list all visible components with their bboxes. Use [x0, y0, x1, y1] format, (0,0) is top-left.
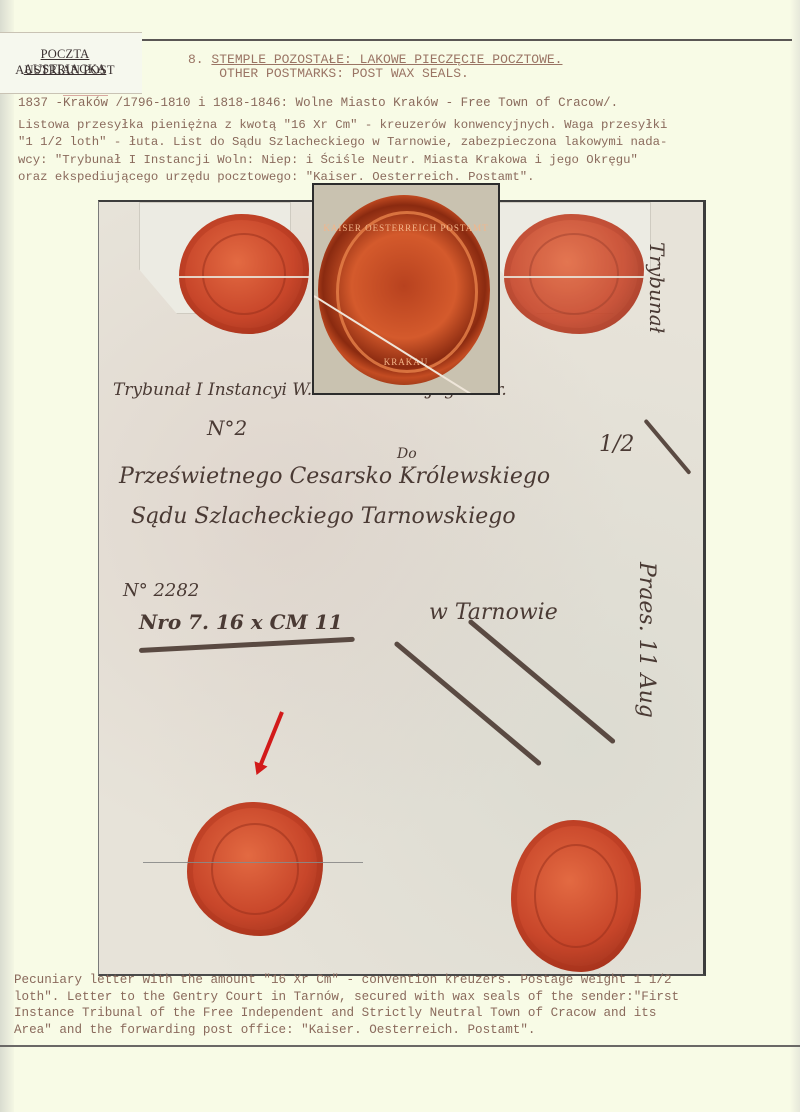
section-title-english-text: OTHER POSTMARKS: POST WAX SEALS. — [219, 66, 469, 81]
wax-seal-top-left — [179, 214, 309, 334]
wax-seal-bottom-left — [187, 802, 323, 936]
handwriting-addressee-2: Sądu Szlacheckiego Tarnowskiego — [131, 504, 516, 529]
page-edge-shadow-right — [790, 0, 800, 1112]
page-edge-shadow — [0, 0, 14, 1112]
date-location-line: 1837 -Kraków /1796-1810 i 1818-1846: Wol… — [18, 96, 618, 110]
handwriting-destination: w Tarnowie — [429, 600, 558, 625]
wax-seal-bottom-right — [511, 820, 641, 972]
year: 1837 - — [18, 96, 63, 110]
handwriting-weight: 1/2 — [599, 432, 634, 457]
section-title-polish: STEMPLE POZOSTAŁE: LAKOWE PIECZĘCIE POCZ… — [211, 52, 562, 67]
handwriting-margin: Trybunał — [645, 242, 669, 333]
description-line: Instance Tribunal of the Free Independen… — [14, 1005, 794, 1022]
seal-legend-top: KAISER OESTERREICH POSTAMT — [314, 223, 498, 233]
section-title-english: OTHER POSTMARKS: POST WAX SEALS. — [188, 67, 562, 81]
description-line: Area" and the forwarding post office: "K… — [14, 1022, 794, 1039]
wax-seal-top-right — [504, 214, 644, 334]
handwriting-to: Do — [397, 446, 417, 462]
fold-line — [143, 862, 363, 863]
handwriting-amount: Nro 7. 16 x CM 11 — [139, 610, 343, 634]
description-line: wcy: "Trybunał I Instancji Woln: Niep: i… — [18, 152, 788, 169]
city: Kraków — [63, 95, 108, 110]
date-line-rest: /1796-1810 i 1818-1846: Wolne Miasto Kra… — [108, 96, 618, 110]
handwriting-side-note: Praes. 11 Aug — [634, 562, 659, 718]
handwriting-addressee-1: Prześwietnego Cesarsko Królewskiego — [119, 464, 550, 489]
section-number: 8. — [188, 52, 204, 67]
description-english: Pecuniary letter with the amount "16 Xr … — [14, 972, 794, 1038]
description-line: Pecuniary letter with the amount "16 Xr … — [14, 972, 794, 989]
footer-divider — [0, 1045, 800, 1047]
seal-crack — [504, 276, 644, 278]
seal-crack — [179, 276, 309, 278]
logo-line-english: AUSTRIAN POST — [0, 63, 130, 78]
header-divider — [142, 39, 792, 41]
handwriting-ref: N°2 — [207, 416, 247, 440]
seal-ring — [336, 211, 478, 373]
description-polish: Listowa przesyłka pieniężna z kwotą "16 … — [18, 117, 788, 186]
description-line: loth". Letter to the Gentry Court in Tar… — [14, 989, 794, 1006]
handwriting-number: N° 2282 — [123, 580, 199, 601]
section-title: 8. STEMPLE POZOSTAŁE: LAKOWE PIECZĘCIE P… — [188, 53, 562, 81]
seal-legend-bottom: KRAKAU — [314, 357, 498, 367]
description-line: Listowa przesyłka pieniężna z kwotą "16 … — [18, 117, 788, 134]
austrian-post-logo: POCZTA AUSTRIACKA AUSTRIAN POST — [0, 32, 142, 94]
seal-detail-inset: KAISER OESTERREICH POSTAMT KRAKAU — [312, 183, 500, 395]
description-line: "1 1/2 loth" - łuta. List do Sądu Szlach… — [18, 134, 788, 151]
